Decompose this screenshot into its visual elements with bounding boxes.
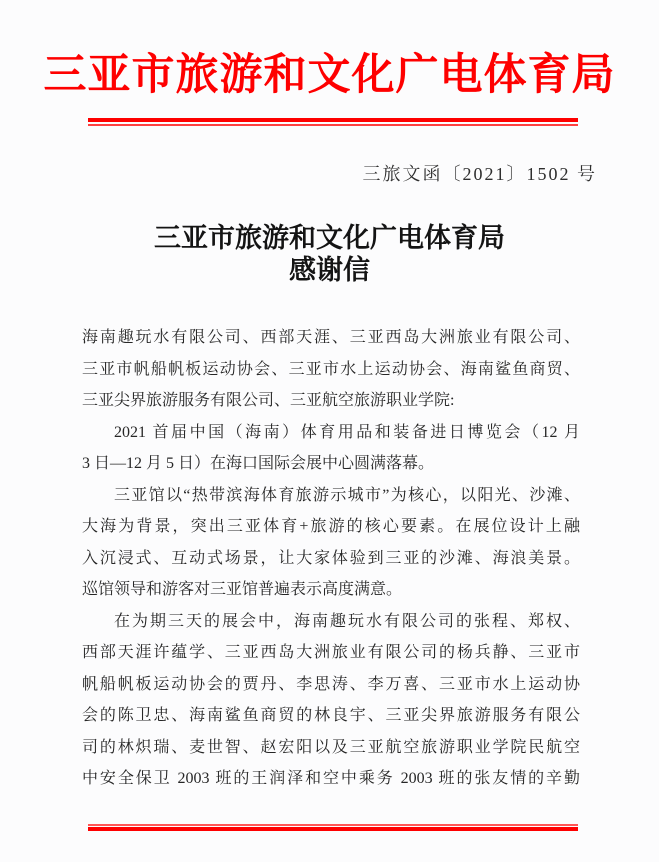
document-number: 三旅文函〔2021〕1502 号	[363, 163, 598, 185]
body-line: 司的林炽瑞、麦世智、赵宏阳以及三亚航空旅游职业学院民航空	[82, 732, 580, 764]
body-line: 3 日—12 月 5 日）在海口国际会展中心圆满落幕。	[82, 448, 580, 480]
letterhead-divider-thin-line	[88, 124, 578, 126]
footer-divider-thin-line	[88, 824, 578, 826]
body-line: 三亚尖界旅游服务有限公司、三亚航空旅游职业学院:	[82, 385, 580, 417]
letter-title-line2: 感谢信	[0, 254, 659, 286]
body-line: 西部天涯许蕴学、三亚西岛大洲旅业有限公司的杨兵静、三亚市	[82, 637, 580, 669]
body-line: 中安全保卫 2003 班的王润泽和空中乘务 2003 班的张友情的辛勤	[82, 763, 580, 795]
body-line: 帆船帆板运动协会的贾丹、李思涛、李万喜、三亚市水上运动协	[82, 669, 580, 701]
letter-title-line1: 三亚市旅游和文化广电体育局	[0, 222, 659, 254]
body-line: 大海为背景，突出三亚体育+旅游的核心要素。在展位设计上融	[82, 511, 580, 543]
footer-divider-thick-line	[88, 827, 578, 831]
letterhead-agency-name: 三亚市旅游和文化广电体育局	[0, 50, 659, 102]
body-line: 海南趣玩水有限公司、西部天涯、三亚西岛大洲旅业有限公司、	[82, 322, 580, 354]
letter-body: 海南趣玩水有限公司、西部天涯、三亚西岛大洲旅业有限公司、三亚市帆船帆板运动协会、…	[82, 322, 580, 795]
footer-divider	[88, 824, 578, 831]
body-line: 2021 首届中国（海南）体育用品和装备进日博览会（12 月	[82, 417, 580, 449]
body-line: 入沉浸式、互动式场景，让大家体验到三亚的沙滩、海浪美景。	[82, 543, 580, 575]
letterhead-divider-thick-line	[88, 118, 578, 122]
document-page: 三亚市旅游和文化广电体育局 三旅文函〔2021〕1502 号 三亚市旅游和文化广…	[0, 0, 659, 862]
body-line: 在为期三天的展会中，海南趣玩水有限公司的张程、郑权、	[82, 606, 580, 638]
body-line: 三亚市帆船帆板运动协会、三亚市水上运动协会、海南鲨鱼商贸、	[82, 354, 580, 386]
letter-title: 三亚市旅游和文化广电体育局 感谢信	[0, 222, 659, 286]
body-line: 三亚馆以“热带滨海体育旅游示城市”为核心，以阳光、沙滩、	[82, 480, 580, 512]
body-line: 巡馆领导和游客对三亚馆普遍表示高度满意。	[82, 574, 580, 606]
letterhead-divider	[88, 118, 578, 126]
body-line: 会的陈卫忠、海南鲨鱼商贸的林良宇、三亚尖界旅游服务有限公	[82, 700, 580, 732]
